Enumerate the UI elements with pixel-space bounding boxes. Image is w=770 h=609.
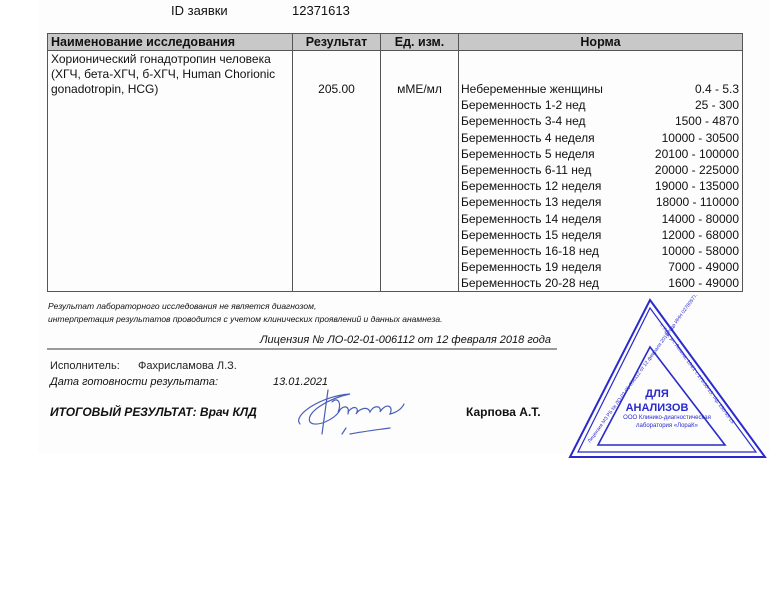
norm-row: Беременность 4 неделя10000 - 30500 — [459, 130, 742, 146]
norm-range: 1500 - 4870 — [675, 113, 739, 129]
disclaimer-line-2: интерпретация результатов проводится с у… — [48, 313, 443, 326]
table-row: Хорионический гонадотропин человека (ХГЧ… — [48, 51, 743, 292]
norm-label: Беременность 5 неделя — [461, 146, 595, 162]
request-id-label: ID заявки — [171, 3, 228, 18]
norm-row: Беременность 1-2 нед25 - 300 — [459, 97, 742, 113]
norm-range: 20100 - 100000 — [655, 146, 739, 162]
norm-range: 10000 - 30500 — [662, 130, 739, 146]
norm-row: Беременность 20-28 нед1600 - 49000 — [459, 275, 742, 291]
final-result-label: ИТОГОВЫЙ РЕЗУЛЬТАТ: Врач КЛД — [50, 405, 257, 419]
test-unit: мМЕ/мл — [381, 81, 458, 97]
column-header-name: Наименование исследования — [48, 34, 293, 51]
norm-range: 0.4 - 5.3 — [695, 81, 739, 97]
table-header-row: Наименование исследования Результат Ед. … — [48, 34, 743, 51]
norm-label: Беременность 13 неделя — [461, 194, 601, 210]
test-result: 205.00 — [293, 81, 380, 97]
norm-range: 19000 - 135000 — [655, 178, 739, 194]
norm-row: Беременность 15 неделя12000 - 68000 — [459, 227, 742, 243]
norm-row: Беременность 12 неделя19000 - 135000 — [459, 178, 742, 194]
norm-row: Беременность 14 неделя14000 - 80000 — [459, 211, 742, 227]
date-ready-label: Дата готовности результата: — [50, 376, 218, 388]
norm-label: Беременность 1-2 нед — [461, 97, 586, 113]
norm-range: 18000 - 110000 — [656, 194, 739, 210]
svg-text:АНАЛИЗОВ: АНАЛИЗОВ — [626, 402, 689, 414]
norm-label: Беременность 20-28 нед — [461, 275, 599, 291]
norm-row: Беременность 5 неделя20100 - 100000 — [459, 146, 742, 162]
signature-image — [290, 382, 420, 442]
norm-label: Беременность 6-11 нед — [461, 162, 591, 178]
norm-label: Беременность 12 неделя — [461, 178, 601, 194]
license-text: Лицензия № ЛО-02-01-006112 от 12 февраля… — [260, 334, 551, 346]
norm-label: Беременность 4 неделя — [461, 130, 595, 146]
doctor-name: Карпова А.Т. — [466, 405, 541, 419]
disclaimer-line-1: Результат лабораторного исследования не … — [48, 300, 443, 313]
norm-list: Небеременные женщины0.4 - 5.3Беременност… — [459, 51, 743, 292]
norm-label: Беременность 16-18 нед — [461, 243, 599, 259]
norm-label: Беременность 19 неделя — [461, 259, 601, 275]
norm-row: Беременность 3-4 нед1500 - 4870 — [459, 113, 742, 129]
svg-text:лаборатория «ЛораК»: лаборатория «ЛораК» — [636, 423, 699, 429]
laboratory-stamp: ДЛЯ АНАЛИЗОВ ООО Клинико-диагностическая… — [560, 295, 770, 465]
request-id-value: 12371613 — [292, 3, 350, 18]
separator-line — [47, 348, 557, 350]
norm-range: 12000 - 68000 — [662, 227, 739, 243]
norm-range: 14000 - 80000 — [662, 211, 739, 227]
norm-row: Беременность 6-11 нед20000 - 225000 — [459, 162, 742, 178]
norm-range: 7000 - 49000 — [668, 259, 739, 275]
norm-row: Беременность 16-18 нед10000 - 58000 — [459, 243, 742, 259]
executor-label: Исполнитель: — [50, 360, 120, 372]
norm-range: 25 - 300 — [695, 97, 739, 113]
norm-row: Небеременные женщины0.4 - 5.3 — [459, 81, 742, 97]
column-header-norm: Норма — [459, 34, 743, 51]
norm-range: 1600 - 49000 — [668, 275, 739, 291]
svg-text:Лицензия МЗ РБ № ЛО-02-01-0061: Лицензия МЗ РБ № ЛО-02-01-006112 от 12 ф… — [587, 295, 702, 444]
column-header-unit: Ед. изм. — [381, 34, 459, 51]
norm-range: 10000 - 58000 — [662, 243, 739, 259]
norm-range: 20000 - 225000 — [655, 162, 739, 178]
norm-label: Небеременные женщины — [461, 81, 603, 97]
column-header-result: Результат — [293, 34, 381, 51]
norm-label: Беременность 3-4 нед — [461, 113, 586, 129]
norm-label: Беременность 15 неделя — [461, 227, 601, 243]
test-name: Хорионический гонадотропин человека (ХГЧ… — [48, 51, 293, 292]
results-table: Наименование исследования Результат Ед. … — [47, 33, 743, 292]
svg-text:ООО Клинико-диагностическая: ООО Клинико-диагностическая — [623, 415, 711, 421]
svg-text:ДЛЯ: ДЛЯ — [645, 388, 669, 400]
disclaimer: Результат лабораторного исследования не … — [48, 300, 443, 326]
norm-row: Беременность 13 неделя18000 - 110000 — [459, 194, 742, 210]
norm-label: Беременность 14 неделя — [461, 211, 601, 227]
executor-name: Фахрисламова Л.З. — [138, 360, 237, 372]
norm-row: Беременность 19 неделя7000 - 49000 — [459, 259, 742, 275]
